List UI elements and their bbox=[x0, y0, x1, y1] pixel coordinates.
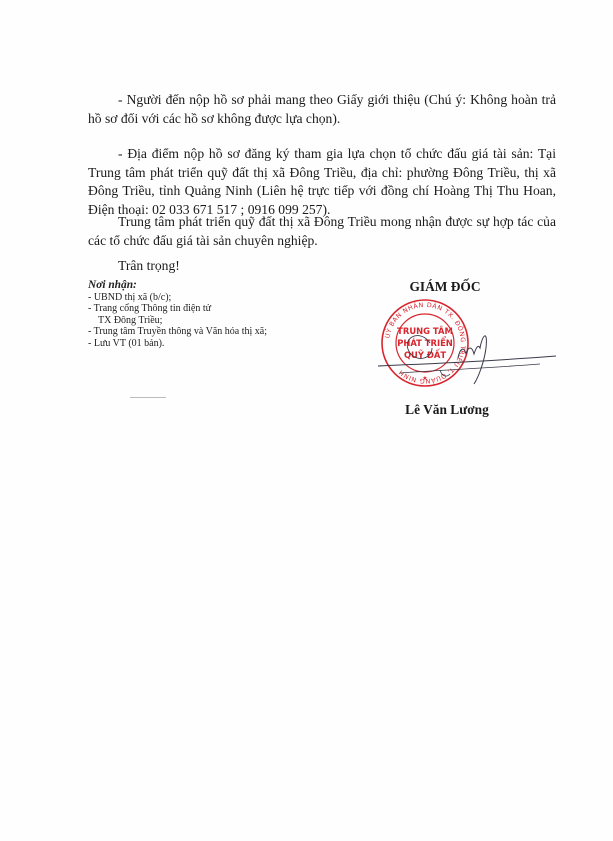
document-page: - Người đến nộp hồ sơ phải mang theo Giấ… bbox=[0, 0, 613, 841]
paragraph-cooperation: Trung tâm phát triển quỹ đất thị xã Đông… bbox=[88, 213, 556, 250]
paragraph-application-requirement: - Người đến nộp hồ sơ phải mang theo Giấ… bbox=[88, 91, 556, 128]
closing-greeting: Trân trọng! bbox=[88, 257, 556, 276]
recipient-item: - Lưu VT (01 bản). bbox=[88, 338, 267, 350]
recipient-item: - UBND thị xã (b/c); bbox=[88, 292, 267, 304]
handwritten-signature-icon bbox=[370, 318, 560, 388]
signer-title: GIÁM ĐỐC bbox=[395, 279, 495, 295]
signer-name: Lê Văn Lương bbox=[387, 402, 507, 418]
recipient-item: - Trung tâm Truyền thông và Văn hóa thị … bbox=[88, 326, 267, 338]
divider-line bbox=[130, 397, 166, 398]
recipient-item: TX Đông Triều; bbox=[88, 315, 267, 327]
recipients-block: Nơi nhận: - UBND thị xã (b/c); - Trang c… bbox=[88, 280, 267, 350]
recipient-item: - Trang cổng Thông tin điện tử bbox=[88, 303, 267, 315]
paragraph-submission-location: - Địa điểm nộp hồ sơ đăng ký tham gia lự… bbox=[88, 145, 556, 219]
recipients-title: Nơi nhận: bbox=[88, 280, 267, 292]
